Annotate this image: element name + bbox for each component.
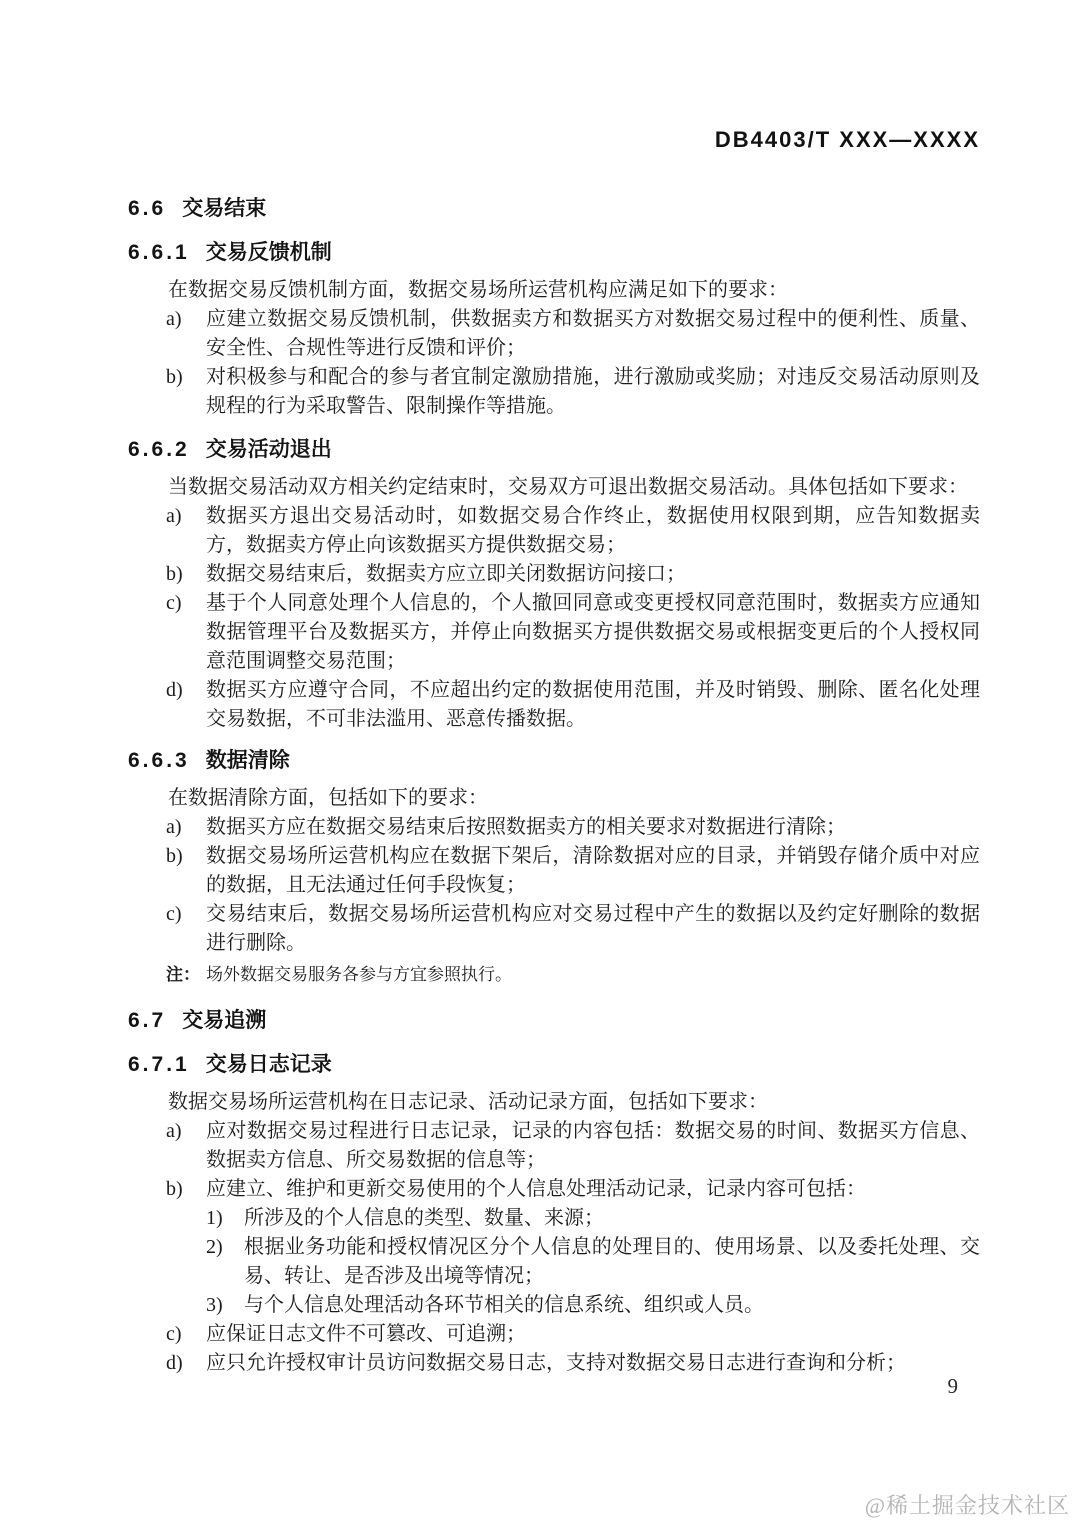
page-content: DB4403/T XXX—XXXX 6.6交易结束 6.6.1交易反馈机制 在数… <box>0 0 1080 1378</box>
list-item: a) 数据买方应在数据交易结束后按照数据卖方的相关要求对数据进行清除； <box>166 813 980 842</box>
clause-intro-6-6-1: 在数据交易反馈机制方面，数据交易场所运营机构应满足如下的要求： <box>128 276 980 305</box>
list-item-label: 3) <box>206 1291 244 1320</box>
list-item-text: 根据业务功能和授权情况区分个人信息的处理目的、使用场景、以及委托处理、交易、转让… <box>244 1233 980 1291</box>
clause-number: 6.6.1 <box>128 241 190 264</box>
clause-heading-6-6-3: 6.6.3数据清除 <box>128 748 980 774</box>
clause-intro-6-6-2: 当数据交易活动双方相关约定结束时，交易双方可退出数据交易活动。具体包括如下要求： <box>128 473 980 502</box>
list-item-label: 2) <box>206 1233 244 1291</box>
list-item: b) 数据交易结束后，数据卖方应立即关闭数据访问接口； <box>166 560 980 589</box>
list-item-text: 数据交易场所运营机构应在数据下架后，清除数据对应的目录，并销毁存储介质中对应的数… <box>206 842 980 900</box>
list-item-label: b) <box>166 363 206 421</box>
clause-list-6-6-2: a) 数据买方退出交易活动时，如数据交易合作终止，数据使用权限到期，应告知数据卖… <box>166 502 980 734</box>
list-item-text: 数据交易结束后，数据卖方应立即关闭数据访问接口； <box>206 560 980 589</box>
clause-number: 6.6.3 <box>128 749 190 772</box>
clause-heading-6-6-1: 6.6.1交易反馈机制 <box>128 240 980 266</box>
clause-number: 6.6.2 <box>128 438 190 461</box>
clause-heading-6-6-2: 6.6.2交易活动退出 <box>128 437 980 463</box>
list-item-text: 应保证日志文件不可篡改、可追溯； <box>206 1320 980 1349</box>
clause-heading-6-7-1: 6.7.1交易日志记录 <box>128 1052 980 1078</box>
clause-number: 6.7.1 <box>128 1053 190 1076</box>
list-item-text: 基于个人同意处理个人信息的，个人撤回同意或变更授权同意范围时，数据卖方应通知数据… <box>206 589 980 676</box>
section-number: 6.6 <box>128 197 166 220</box>
list-item: b) 应建立、维护和更新交易使用的个人信息处理活动记录，记录内容可包括： <box>166 1175 980 1204</box>
note-label: 注： <box>166 962 200 988</box>
document-page: DB4403/T XXX—XXXX 6.6交易结束 6.6.1交易反馈机制 在数… <box>0 0 1080 1528</box>
list-item-text: 应对数据交易过程进行日志记录，记录的内容包括：数据交易的时间、数据买方信息、数据… <box>206 1117 980 1175</box>
clause-title: 数据清除 <box>206 749 290 772</box>
list-item-label: a) <box>166 813 206 842</box>
list-item-label: d) <box>166 676 206 734</box>
list-item-text: 数据买方应遵守合同，不应超出约定的数据使用范围，并及时销毁、删除、匿名化处理交易… <box>206 676 980 734</box>
list-item-label: b) <box>166 842 206 900</box>
list-item-label: a) <box>166 502 206 560</box>
list-item-label: d) <box>166 1349 206 1378</box>
list-item-label: a) <box>166 305 206 363</box>
clause-title: 交易反馈机制 <box>206 241 332 264</box>
list-item-label: c) <box>166 900 206 958</box>
list-item-label: a) <box>166 1117 206 1175</box>
list-item-text: 交易结束后，数据交易场所运营机构应对交易过程中产生的数据以及约定好删除的数据进行… <box>206 900 980 958</box>
page-number: 9 <box>948 1374 959 1399</box>
section-title: 交易结束 <box>182 197 266 220</box>
list-item: c) 交易结束后，数据交易场所运营机构应对交易过程中产生的数据以及约定好删除的数… <box>166 900 980 958</box>
sublist-item: 1) 所涉及的个人信息的类型、数量、来源； <box>206 1204 980 1233</box>
list-item-text: 应只允许授权审计员访问数据交易日志，支持对数据交易日志进行查询和分析； <box>206 1349 980 1378</box>
list-item: d) 应只允许授权审计员访问数据交易日志，支持对数据交易日志进行查询和分析； <box>166 1349 980 1378</box>
list-item-text: 对积极参与和配合的参与者宜制定激励措施，进行激励或奖励；对违反交易活动原则及规程… <box>206 363 980 421</box>
list-item: a) 应建立数据交易反馈机制，供数据卖方和数据买方对数据交易过程中的便利性、质量… <box>166 305 980 363</box>
list-item-label: b) <box>166 560 206 589</box>
sublist-item: 3) 与个人信息处理活动各环节相关的信息系统、组织或人员。 <box>206 1291 980 1320</box>
list-item: b) 数据交易场所运营机构应在数据下架后，清除数据对应的目录，并销毁存储介质中对… <box>166 842 980 900</box>
note: 注： 场外数据交易服务各参与方宜参照执行。 <box>166 962 980 988</box>
list-item: b) 对积极参与和配合的参与者宜制定激励措施，进行激励或奖励；对违反交易活动原则… <box>166 363 980 421</box>
list-item: a) 数据买方退出交易活动时，如数据交易合作终止，数据使用权限到期，应告知数据卖… <box>166 502 980 560</box>
list-item-text: 数据买方应在数据交易结束后按照数据卖方的相关要求对数据进行清除； <box>206 813 980 842</box>
sublist-item: 2) 根据业务功能和授权情况区分个人信息的处理目的、使用场景、以及委托处理、交易… <box>206 1233 980 1291</box>
list-item-text: 应建立、维护和更新交易使用的个人信息处理活动记录，记录内容可包括： <box>206 1175 980 1204</box>
list-item-text: 所涉及的个人信息的类型、数量、来源； <box>244 1204 980 1233</box>
section-heading-6-6: 6.6交易结束 <box>128 196 980 222</box>
note-text: 场外数据交易服务各参与方宜参照执行。 <box>206 962 512 988</box>
list-item: a) 应对数据交易过程进行日志记录，记录的内容包括：数据交易的时间、数据买方信息… <box>166 1117 980 1175</box>
section-heading-6-7: 6.7交易追溯 <box>128 1008 980 1034</box>
clause-title: 交易日志记录 <box>206 1053 332 1076</box>
doc-code: DB4403/T XXX—XXXX <box>128 128 980 152</box>
list-item: d) 数据买方应遵守合同，不应超出约定的数据使用范围，并及时销毁、删除、匿名化处… <box>166 676 980 734</box>
clause-title: 交易活动退出 <box>206 438 332 461</box>
list-item-label: c) <box>166 1320 206 1349</box>
clause-list-6-6-3: a) 数据买方应在数据交易结束后按照数据卖方的相关要求对数据进行清除； b) 数… <box>166 813 980 958</box>
clause-list-6-7-1: a) 应对数据交易过程进行日志记录，记录的内容包括：数据交易的时间、数据买方信息… <box>166 1117 980 1378</box>
clause-intro-6-7-1: 数据交易场所运营机构在日志记录、活动记录方面，包括如下要求： <box>128 1088 980 1117</box>
section-number: 6.7 <box>128 1009 166 1032</box>
list-item-label: c) <box>166 589 206 676</box>
list-item-text: 数据买方退出交易活动时，如数据交易合作终止，数据使用权限到期，应告知数据卖方，数… <box>206 502 980 560</box>
list-item-text: 与个人信息处理活动各环节相关的信息系统、组织或人员。 <box>244 1291 980 1320</box>
clause-intro-6-6-3: 在数据清除方面，包括如下的要求： <box>128 784 980 813</box>
watermark: @稀土掘金技术社区 <box>865 1489 1070 1520</box>
list-item-label: b) <box>166 1175 206 1204</box>
list-item-label: 1) <box>206 1204 244 1233</box>
list-item-text: 应建立数据交易反馈机制，供数据卖方和数据买方对数据交易过程中的便利性、质量、安全… <box>206 305 980 363</box>
clause-list-6-6-1: a) 应建立数据交易反馈机制，供数据卖方和数据买方对数据交易过程中的便利性、质量… <box>166 305 980 421</box>
list-item: c) 应保证日志文件不可篡改、可追溯； <box>166 1320 980 1349</box>
section-title: 交易追溯 <box>182 1009 266 1032</box>
sublist-6-7-1-b: 1) 所涉及的个人信息的类型、数量、来源； 2) 根据业务功能和授权情况区分个人… <box>206 1204 980 1320</box>
list-item: c) 基于个人同意处理个人信息的，个人撤回同意或变更授权同意范围时，数据卖方应通… <box>166 589 980 676</box>
